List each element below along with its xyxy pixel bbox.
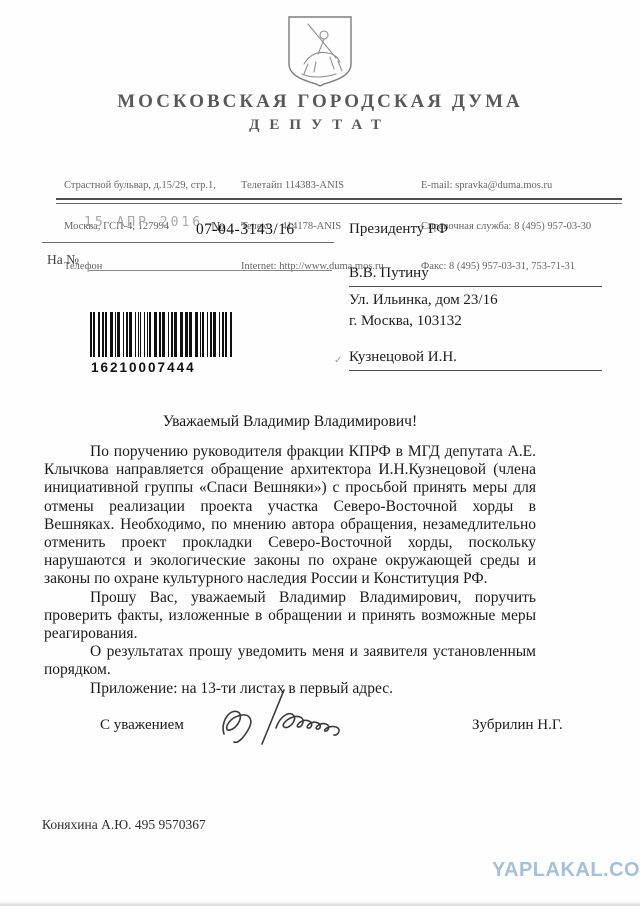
contact-line: E-mail: spravka@duma.mos.ru bbox=[421, 179, 591, 193]
reply-to-label: На № bbox=[47, 252, 79, 268]
signer-name: Зубрилин Н.Г. bbox=[472, 717, 563, 734]
addressee-title: Президенту РФ bbox=[349, 219, 602, 240]
date-stamp: 15 АПР 2016 bbox=[84, 215, 203, 230]
page-edge-shadow bbox=[0, 901, 640, 906]
addressee-name: В.В. Путину bbox=[349, 263, 602, 287]
scanned-letter-page: МОСКОВСКАЯ ГОРОДСКАЯ ДУМА ДЕПУТАТ Страст… bbox=[0, 0, 640, 906]
addressee-second-name-text: Кузнецовой И.Н. bbox=[349, 349, 457, 365]
outgoing-number: 07-04-3143/16 bbox=[196, 221, 295, 238]
paragraph: Прошу Вас, уважаемый Владимир Владимиров… bbox=[44, 589, 536, 644]
barcode-bars bbox=[90, 312, 232, 357]
paragraph: По поручению руководителя фракции КПРФ в… bbox=[44, 443, 536, 589]
salutation: Уважаемый Владимир Владимирович! bbox=[44, 413, 536, 431]
moscow-coat-of-arms-icon bbox=[284, 14, 356, 88]
date-underline bbox=[42, 242, 334, 243]
addressee-city: г. Москва, 103132 bbox=[349, 311, 602, 332]
contact-line: Телетайп 114383-ANIS bbox=[241, 179, 384, 193]
org-role: ДЕПУТАТ bbox=[0, 117, 640, 134]
barcode-number: 16210007444 bbox=[91, 360, 196, 375]
letter-body: По поручению руководителя фракции КПРФ в… bbox=[44, 443, 536, 698]
checkmark-icon: ✓ bbox=[334, 350, 342, 371]
paragraph: О результатах прошу уведомить меня и зая… bbox=[44, 643, 536, 679]
addressee-second-name: ✓ Кузнецовой И.Н. bbox=[349, 347, 602, 371]
addressee-street: Ул. Ильинка, дом 23/16 bbox=[349, 290, 602, 311]
contact-line: Страстной бульвар, д.15/29, стр.1, bbox=[64, 179, 216, 193]
handwritten-signature-icon bbox=[210, 686, 370, 758]
org-name: МОСКОВСКАЯ ГОРОДСКАЯ ДУМА bbox=[0, 91, 640, 113]
executor-contact: Коняхина А.Ю. 495 9570367 bbox=[42, 817, 206, 833]
watermark: YAPLAKAL.COM bbox=[492, 859, 640, 882]
addressee-block: Президенту РФ В.В. Путину Ул. Ильинка, д… bbox=[349, 219, 602, 371]
outgoing-number-block: № 07-04-3143/16 bbox=[196, 221, 295, 239]
header-divider bbox=[56, 198, 622, 204]
contact-line: Телефон bbox=[64, 260, 216, 274]
closing-phrase: С уважением bbox=[100, 717, 184, 734]
reply-underline bbox=[89, 270, 332, 271]
